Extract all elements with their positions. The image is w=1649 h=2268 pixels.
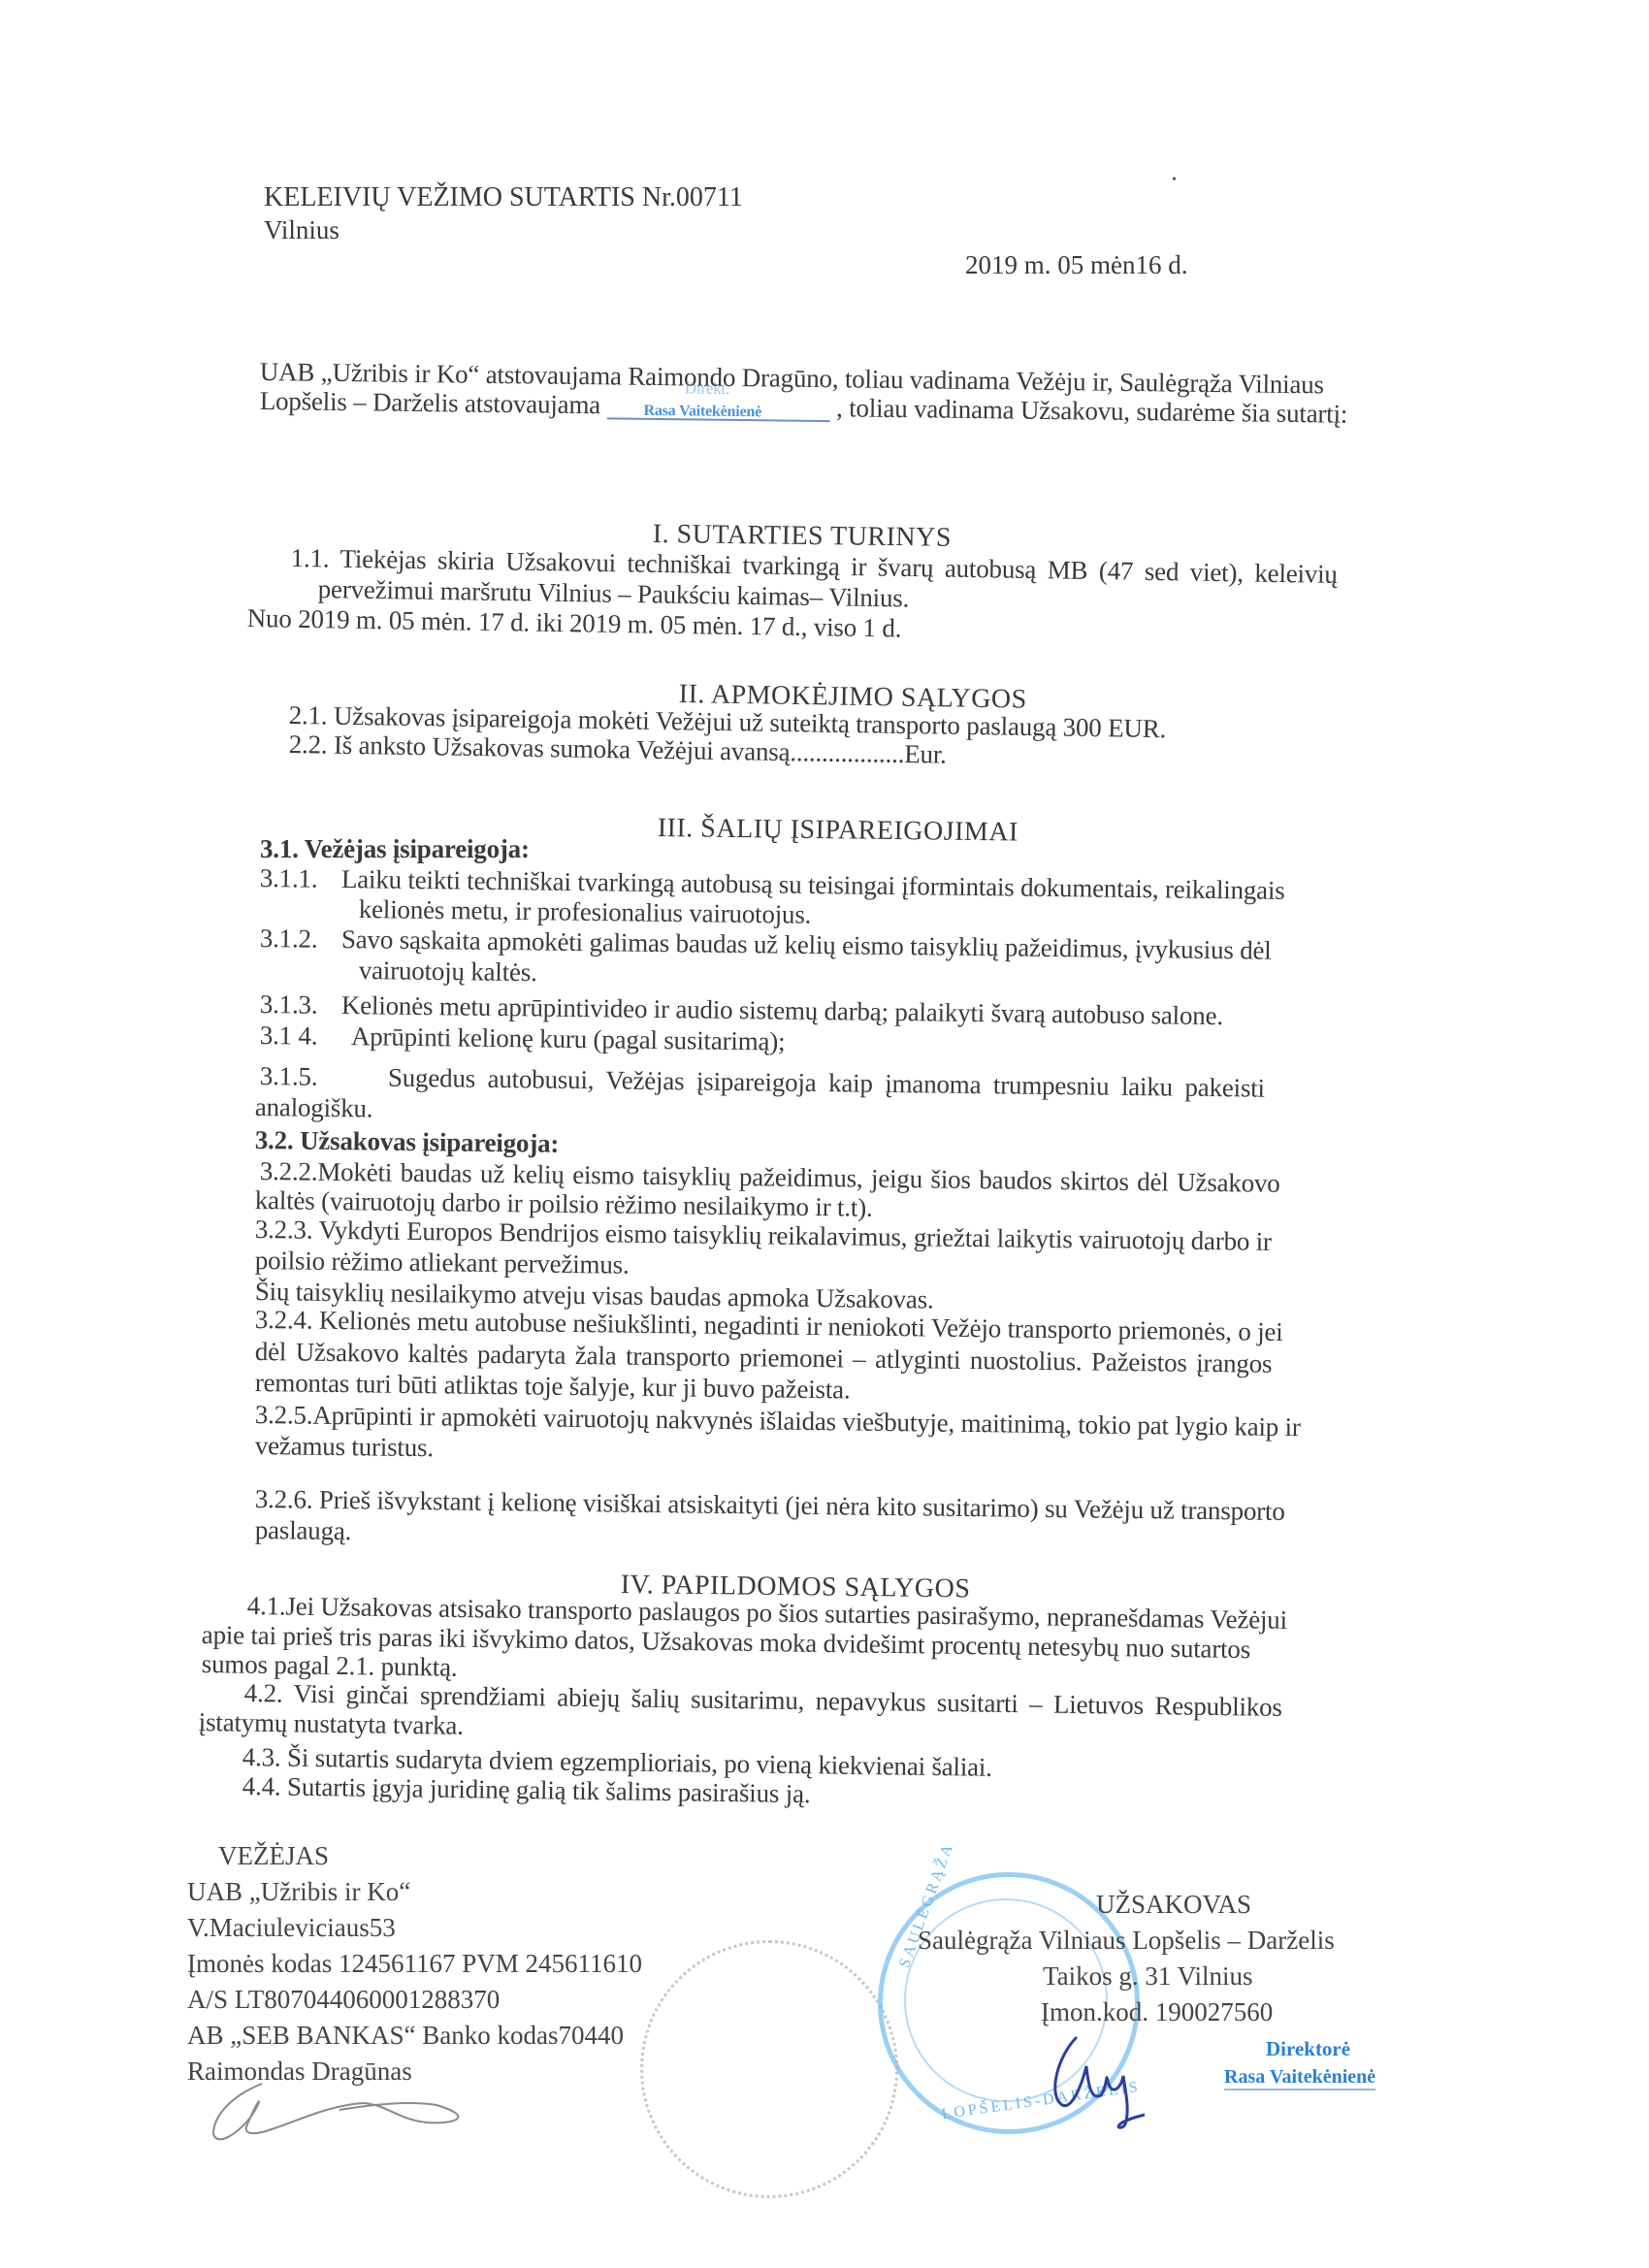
- clause-3-1-5: 3.1.5. Sugedus autobusui, Vežėjas įsipar…: [260, 1061, 1265, 1103]
- clause-4-1-line-3: sumos pagal 2.1. punktą.: [202, 1649, 458, 1682]
- customer-signature-icon: [1038, 2027, 1154, 2134]
- clause-3-1-5-cont: analogišku.: [255, 1092, 373, 1122]
- customer-stamp-name: Rasa Vaitekėnienė: [1224, 2066, 1375, 2090]
- clause-3-1-4: 3.1 4. Aprūpinti kelionę kuru (pagal sus…: [260, 1021, 786, 1056]
- intro-stamp-name: Rasa Vaitekėnienė: [643, 397, 761, 427]
- subsection-3-2-heading: 3.2. Užsakovas įsipareigoja:: [255, 1125, 560, 1158]
- document-title: KELEIVIŲ VEŽIMO SUTARTIS Nr.00711: [264, 182, 743, 213]
- contract-page: KELEIVIŲ VEŽIMO SUTARTIS Nr.00711 Vilniu…: [0, 0, 1649, 2268]
- carrier-bank: AB „SEB BANKAS“ Banko kodas70440: [187, 2018, 624, 2054]
- clause-number: 3.1 4.: [260, 1021, 318, 1051]
- carrier-company: UAB „Užribis ir Ko“: [187, 1874, 410, 1910]
- clause-3-2-5-line-2: vežamus turistus.: [255, 1431, 434, 1462]
- clause-4-2-line-2: įstatymų nustatyta tvarka.: [199, 1707, 464, 1740]
- clause-text: Aprūpinti kelionę kuru (pagal susitarimą…: [351, 1021, 786, 1055]
- clause-text: Sugedus autobusui, Vežėjas įsipareigoja …: [388, 1063, 1265, 1103]
- clause-number: 3.1.1.: [260, 863, 318, 893]
- clause-3-2-4-line-3: remontas turi būti atliktas toje šalyje,…: [255, 1368, 851, 1404]
- carrier-signature-icon: [194, 2076, 504, 2154]
- clause-3-2-6-line-2: paslaugą.: [255, 1515, 352, 1545]
- customer-name: Saulėgrąža Vilniaus Lopšelis – Darželis: [918, 1923, 1335, 1959]
- clause-3-1-2-cont: vairuotojų kaltės.: [359, 956, 537, 987]
- document-city: Vilnius: [264, 215, 339, 245]
- carrier-codes: Įmonės kodas 124561167 PVM 245611610: [187, 1946, 642, 1982]
- subsection-3-1-heading: 3.1. Vežėjas įsipareigoja:: [260, 834, 530, 863]
- carrier-label: VEŽĖJAS: [218, 1838, 329, 1874]
- carrier-account: A/S LT807044060001288370: [187, 1982, 500, 2018]
- clause-number: 3.1.5.: [260, 1061, 318, 1091]
- clause-3-2-6-line-1: 3.2.6. Prieš išvykstant į kelionę visišk…: [255, 1484, 1285, 1526]
- customer-stamp-title: Direktorė: [1266, 2037, 1350, 2061]
- clause-number: 3.1.2.: [260, 923, 318, 954]
- carrier-seal: [640, 1940, 898, 2198]
- section-1-heading: I. SUTARTIES TURINYS: [653, 519, 953, 554]
- representative-blank: Direkt. Rasa Vaitekėnienė: [606, 392, 829, 422]
- intro-line-2-start: Lopšelis – Darželis atstovaujama: [260, 386, 601, 419]
- section-3-heading: III. ŠALIŲ ĮSIPAREIGOJIMAI: [658, 813, 1018, 849]
- customer-address: Taikos g. 31 Vilnius: [1043, 1959, 1253, 1994]
- document-date: 2019 m. 05 mėn16 d.: [965, 250, 1188, 280]
- scan-speck: •: [1172, 173, 1177, 188]
- clause-3-2-3-line-2: poilsio rėžimo atliekant pervežimus.: [255, 1246, 630, 1280]
- customer-label: UŽSAKOVAS: [1096, 1887, 1251, 1923]
- clause-3-1-1-cont: kelionės metu, ir profesionalius vairuot…: [359, 894, 812, 929]
- carrier-address: V.Maciuleviciaus53: [187, 1910, 396, 1946]
- intro-line-2-end: , toliau vadinama Užsakovu, sudarėme šia…: [836, 393, 1347, 428]
- customer-code: Įmon.kod. 190027560: [1041, 1994, 1273, 2030]
- clause-number: 3.1.3.: [260, 989, 318, 1020]
